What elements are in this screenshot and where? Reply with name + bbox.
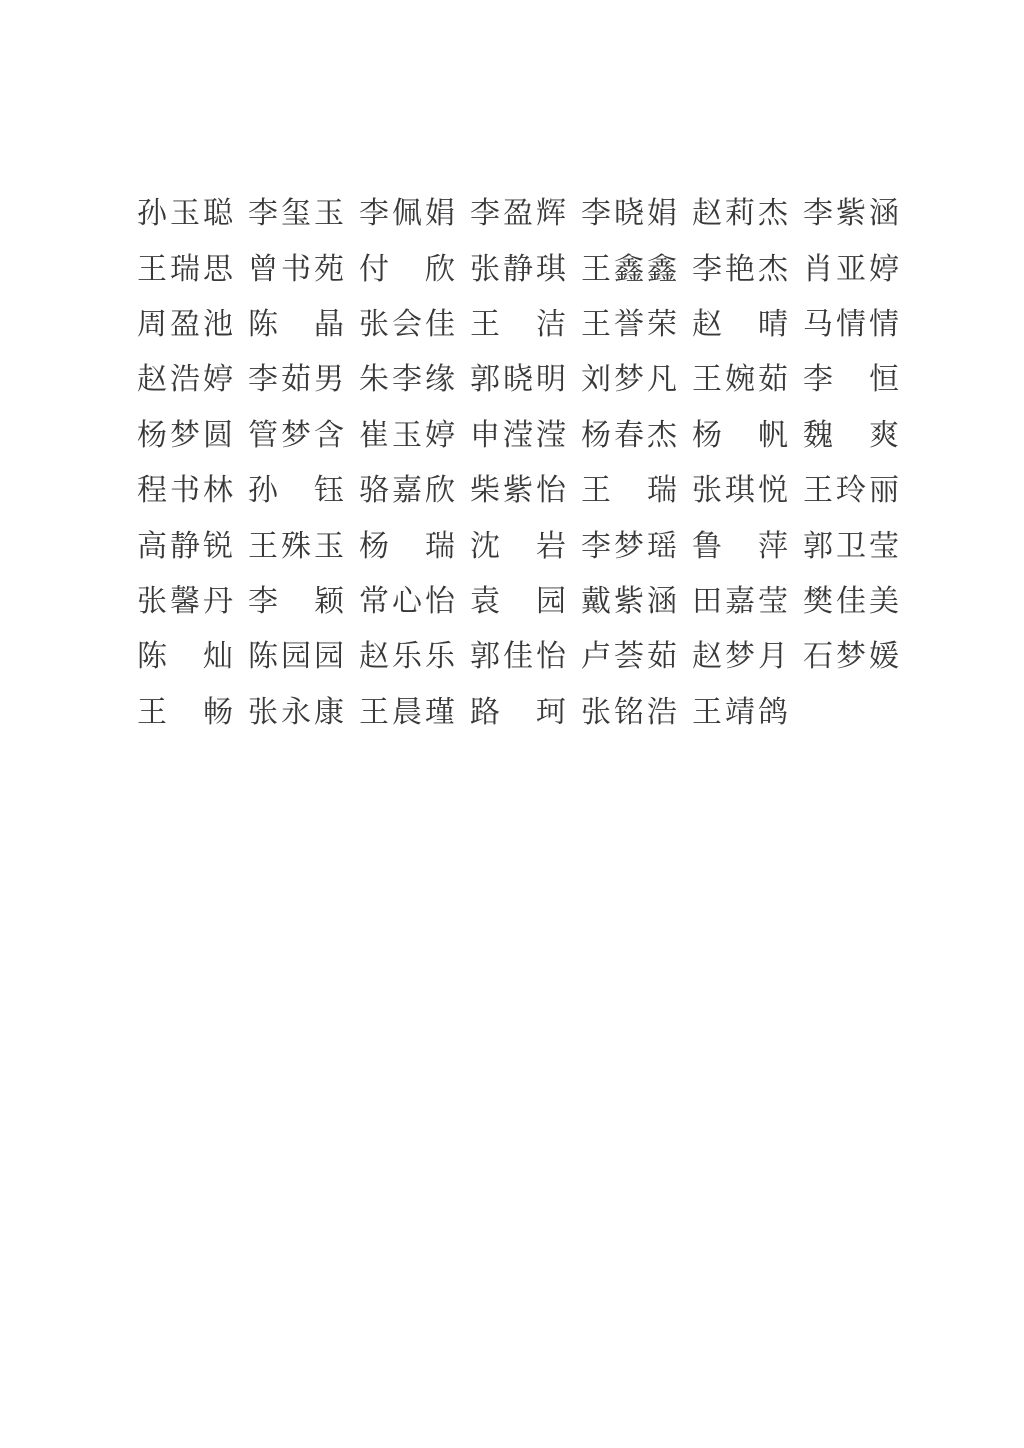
person-name: 王玲丽 <box>803 474 899 507</box>
person-name: 李茹男 <box>248 363 344 396</box>
person-name: 陈园园 <box>248 640 344 673</box>
person-name: 李梦瑶 <box>581 530 677 563</box>
person-name: 李玺玉 <box>248 197 344 230</box>
person-name: 赵梦月 <box>692 640 788 673</box>
name-row: 程书林孙钰骆嘉欣柴紫怡王瑞张琪悦王玲丽 <box>137 463 899 518</box>
person-name: 王鑫鑫 <box>581 253 677 286</box>
person-name: 高静锐 <box>137 530 233 563</box>
name-row: 赵浩婷李茹男朱李缘郭晓明刘梦凡王婉茹李恒 <box>137 352 899 407</box>
person-name: 樊佳美 <box>803 585 899 618</box>
person-name: 杨瑞 <box>359 530 455 563</box>
person-name: 李盈辉 <box>470 197 566 230</box>
person-name: 魏爽 <box>803 419 899 452</box>
person-name: 陈灿 <box>137 640 233 673</box>
person-name: 沈岩 <box>470 530 566 563</box>
person-name: 袁园 <box>470 585 566 618</box>
person-name: 王瑞 <box>581 474 677 507</box>
person-name: 柴紫怡 <box>470 474 566 507</box>
person-name: 张静琪 <box>470 253 566 286</box>
person-name: 朱李缘 <box>359 363 455 396</box>
name-row: 王畅张永康王晨瑾路珂张铭浩王靖鸽 <box>137 685 899 740</box>
person-name: 程书林 <box>137 474 233 507</box>
person-name: 李颖 <box>248 585 344 618</box>
person-name: 刘梦凡 <box>581 363 677 396</box>
person-name: 崔玉婷 <box>359 419 455 452</box>
person-name: 杨梦圆 <box>137 419 233 452</box>
person-name: 赵晴 <box>692 308 788 341</box>
person-name: 孙玉聪 <box>137 197 233 230</box>
person-name: 赵浩婷 <box>137 363 233 396</box>
person-name: 王晨瑾 <box>359 696 455 729</box>
person-name: 马情情 <box>803 308 899 341</box>
person-name: 王洁 <box>470 308 566 341</box>
person-name: 戴紫涵 <box>581 585 677 618</box>
person-name: 付欣 <box>359 253 455 286</box>
person-name: 李紫涵 <box>803 197 899 230</box>
person-name: 申滢滢 <box>470 419 566 452</box>
person-name: 王殊玉 <box>248 530 344 563</box>
person-name: 郭晓明 <box>470 363 566 396</box>
person-name: 田嘉莹 <box>692 585 788 618</box>
person-name: 王婉茹 <box>692 363 788 396</box>
person-name: 骆嘉欣 <box>359 474 455 507</box>
person-name: 杨春杰 <box>581 419 677 452</box>
person-name: 张琪悦 <box>692 474 788 507</box>
person-name: 鲁萍 <box>692 530 788 563</box>
person-name: 管梦含 <box>248 419 344 452</box>
name-row: 周盈池陈晶张会佳王洁王誉荣赵晴马情情 <box>137 297 899 352</box>
person-name: 常心怡 <box>359 585 455 618</box>
person-name: 王畅 <box>137 696 233 729</box>
person-name: 李晓娟 <box>581 197 677 230</box>
document-page: 孙玉聪李玺玉李佩娟李盈辉李晓娟赵莉杰李紫涵王瑞思曾书苑付欣张静琪王鑫鑫李艳杰肖亚… <box>0 0 1024 1448</box>
person-name: 周盈池 <box>137 308 233 341</box>
name-row: 王瑞思曾书苑付欣张静琪王鑫鑫李艳杰肖亚婷 <box>137 241 899 296</box>
person-name: 卢荟茹 <box>581 640 677 673</box>
person-name: 陈晶 <box>248 308 344 341</box>
person-name: 王靖鸽 <box>692 696 788 729</box>
person-name: 张馨丹 <box>137 585 233 618</box>
person-name: 孙钰 <box>248 474 344 507</box>
person-name: 王瑞思 <box>137 253 233 286</box>
person-name: 郭佳怡 <box>470 640 566 673</box>
name-row: 杨梦圆管梦含崔玉婷申滢滢杨春杰杨帆魏爽 <box>137 408 899 463</box>
person-name: 赵乐乐 <box>359 640 455 673</box>
person-name: 李恒 <box>803 363 899 396</box>
name-row: 孙玉聪李玺玉李佩娟李盈辉李晓娟赵莉杰李紫涵 <box>137 186 899 241</box>
name-row: 张馨丹李颖常心怡袁园戴紫涵田嘉莹樊佳美 <box>137 574 899 629</box>
person-name: 赵莉杰 <box>692 197 788 230</box>
person-name: 李佩娟 <box>359 197 455 230</box>
person-name: 曾书苑 <box>248 253 344 286</box>
person-name: 王誉荣 <box>581 308 677 341</box>
name-row: 高静锐王殊玉杨瑞沈岩李梦瑶鲁萍郭卫莹 <box>137 518 899 573</box>
person-name: 张会佳 <box>359 308 455 341</box>
person-name: 路珂 <box>470 696 566 729</box>
person-name: 张铭浩 <box>581 696 677 729</box>
name-row: 陈灿陈园园赵乐乐郭佳怡卢荟茹赵梦月石梦媛 <box>137 629 899 684</box>
person-name: 石梦媛 <box>803 640 899 673</box>
person-name: 肖亚婷 <box>803 253 899 286</box>
person-name: 李艳杰 <box>692 253 788 286</box>
name-list: 孙玉聪李玺玉李佩娟李盈辉李晓娟赵莉杰李紫涵王瑞思曾书苑付欣张静琪王鑫鑫李艳杰肖亚… <box>137 186 899 740</box>
person-name: 郭卫莹 <box>803 530 899 563</box>
person-name: 杨帆 <box>692 419 788 452</box>
person-name: 张永康 <box>248 696 344 729</box>
